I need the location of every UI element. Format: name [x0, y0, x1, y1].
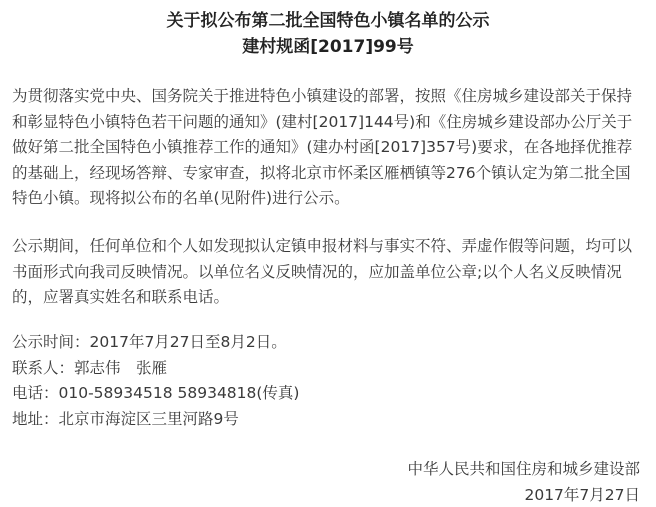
document-number: 建村规函[2017]99号 — [0, 32, 656, 57]
paragraph-line: 的，应署真实姓名和联系电话。 — [12, 285, 644, 311]
issue-date: 2017年7月27日 — [407, 483, 640, 507]
address: 地址：北京市海淀区三里河路9号 — [12, 407, 300, 433]
issuing-organization: 中华人民共和国住房和城乡建设部 — [407, 457, 640, 483]
paragraph-line: 公示期间，任何单位和个人如发现拟认定镇申报材料与事实不符、弄虚作假等问题，均可以 — [12, 234, 644, 260]
paragraph-line: 做好第二批全国特色小镇推荐工作的通知》(建办村函[2017]357号)要求，在各… — [12, 135, 644, 161]
paragraph-line: 的基础上，经现场答辩、专家审查，拟将北京市怀柔区雁栖镇等276个镇认定为第二批全… — [12, 161, 644, 187]
paragraph-intro: 为贯彻落实党中央、国务院关于推进特色小镇建设的部署，按照《住房城乡建设部关于保持… — [12, 84, 644, 212]
paragraph-line: 为贯彻落实党中央、国务院关于推进特色小镇建设的部署，按照《住房城乡建设部关于保持 — [12, 84, 644, 110]
paragraph-line: 特色小镇。现将拟公布的名单(见附件)进行公示。 — [12, 186, 644, 212]
paragraph-feedback: 公示期间，任何单位和个人如发现拟认定镇申报材料与事实不符、弄虚作假等问题，均可以… — [12, 234, 644, 311]
publicity-period: 公示时间：2017年7月27日至8月2日。 — [12, 330, 300, 356]
document-title: 关于拟公布第二批全国特色小镇名单的公示 — [0, 6, 656, 31]
phone-number: 电话：010-58934518 58934818(传真) — [12, 381, 300, 407]
paragraph-line: 和彰显特色小镇特色若干问题的通知》(建村[2017]144号)和《住房城乡建设部… — [12, 110, 644, 136]
paragraph-line: 书面形式向我司反映情况。以单位名义反映情况的，应加盖单位公章;以个人名义反映情况 — [12, 260, 644, 286]
contact-persons: 联系人：郭志伟 张雁 — [12, 356, 300, 382]
signature-block: 中华人民共和国住房和城乡建设部 2017年7月27日 — [407, 457, 640, 507]
contact-info: 公示时间：2017年7月27日至8月2日。 联系人：郭志伟 张雁 电话：010-… — [12, 330, 300, 432]
